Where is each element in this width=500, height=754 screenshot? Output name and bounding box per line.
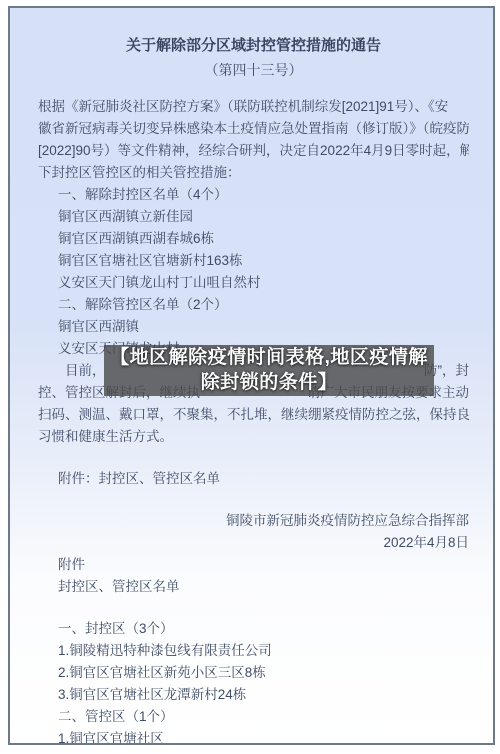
opening-paragraph: 根据《新冠肺炎社区防控方案》（联防联控机制综发[2021]91号）、《安 徽省新… bbox=[38, 96, 469, 184]
list-item: 1.铜官区官塘社区 bbox=[38, 728, 469, 745]
paragraph-line: 下封控区管控区的相关管控措施： bbox=[38, 162, 469, 184]
caption-overlay: 【地区解除疫情时间表格,地区疫情解 除封锁的条件】 bbox=[104, 345, 434, 396]
list-item: 铜官区西湖镇立新佳园 bbox=[38, 206, 469, 228]
list-item: 1.铜陵精迅特种漆包线有限责任公司 bbox=[38, 640, 469, 662]
annex-heading-guankong: 二、管控区（1个） bbox=[38, 706, 469, 728]
notice-title: 关于解除部分区域封控管控措施的通告 bbox=[38, 34, 469, 58]
list-item: 2.铜官区官塘社区新苑小区三区8栋 bbox=[38, 662, 469, 684]
issuer-line: 铜陵市新冠肺炎疫情防控应急综合指挥部 bbox=[38, 510, 469, 532]
attachment-reference: 附件：封控区、管控区名单 bbox=[38, 468, 469, 490]
caption-line: 【地区解除疫情时间表格,地区疫情解 bbox=[104, 345, 434, 370]
section-heading-unseal-guankong: 二、解除管控区名单（2个） bbox=[38, 294, 469, 316]
list-item: 铜官区西湖镇西湖春城6栋 bbox=[38, 228, 469, 250]
paragraph-fragment: 目前， bbox=[38, 360, 106, 382]
paragraph-line: 徽省新冠病毒关切变异株感染本土疫情应急处置指南（修订版）》（皖疫防办 bbox=[38, 118, 469, 140]
list-item: 义安区天门镇龙山村丁山咀自然村 bbox=[38, 272, 469, 294]
caption-line: 除封锁的条件】 bbox=[104, 370, 434, 395]
section-heading-unseal-fengkong: 一、解除封控区名单（4个） bbox=[38, 184, 469, 206]
list-item: 铜官区官塘社区官塘新村163栋 bbox=[38, 250, 469, 272]
paragraph-line: [2022]90号）等文件精神，经综合研判，决定自2022年4月9日零时起，解除… bbox=[38, 140, 469, 162]
annex-heading-fengkong: 一、封控区（3个） bbox=[38, 618, 469, 640]
paragraph-line: 根据《新冠肺炎社区防控方案》（联防联控机制综发[2021]91号）、《安 bbox=[38, 96, 469, 118]
paragraph-line: 扫码、测温、戴口罩，不聚集，不扎堆，继续绷紧疫情防控之弦，保持良好卫生 bbox=[38, 404, 469, 426]
notice-number: （第四十三号） bbox=[38, 58, 469, 82]
list-item: 铜官区西湖镇 bbox=[38, 316, 469, 338]
paragraph-line: 习惯和健康生活方式。 bbox=[38, 426, 469, 448]
attachment-label: 附件 bbox=[38, 554, 469, 576]
attachment-title: 封控区、管控区名单 bbox=[38, 576, 469, 598]
date-line: 2022年4月8日 bbox=[38, 532, 469, 554]
list-item: 3.铜官区官塘社区龙潭新村24栋 bbox=[38, 684, 469, 706]
